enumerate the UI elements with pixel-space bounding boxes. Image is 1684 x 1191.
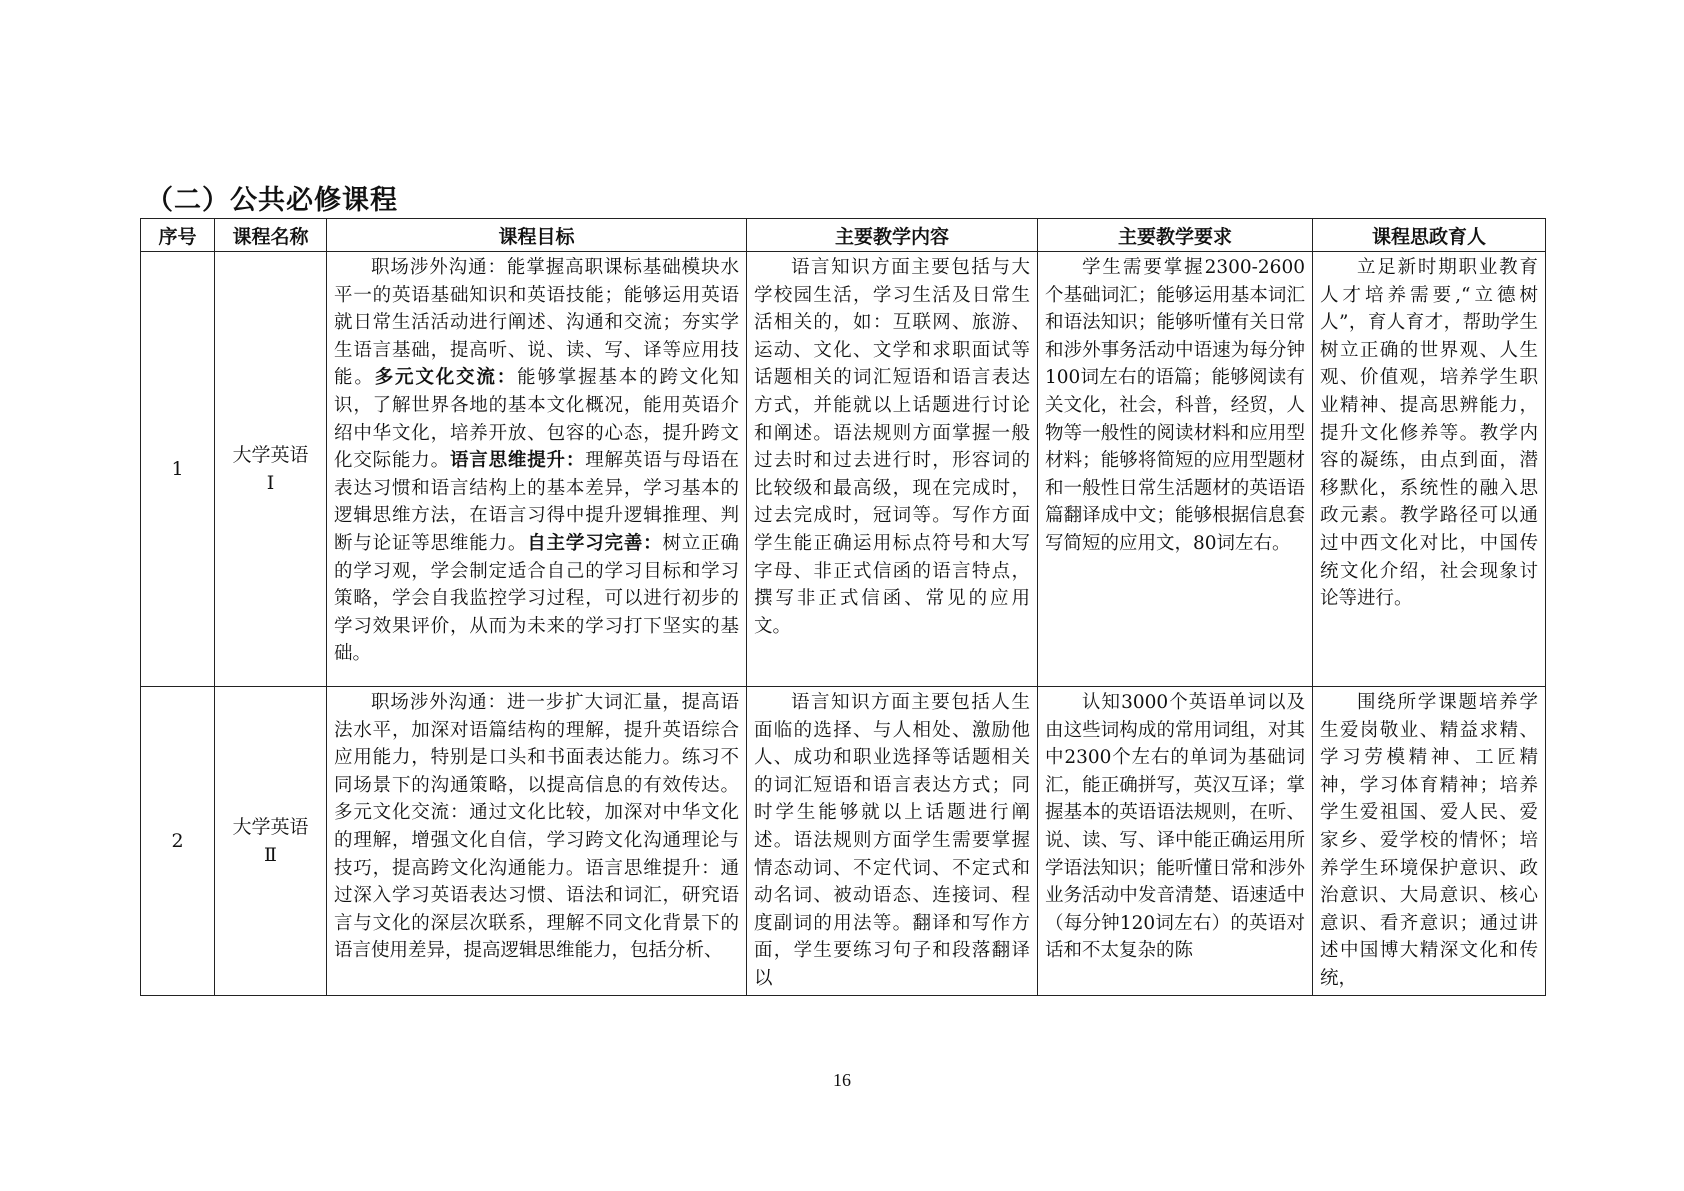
row-index: 1 bbox=[141, 252, 215, 687]
ideology-cell: 立足新时期职业教育人才培养需要,“立德树人”，育人育才，帮助学生树立正确的世界观… bbox=[1313, 252, 1546, 687]
objectives-cell: 职场涉外沟通：能掌握高职课标基础模块水平一的英语基础知识和英语技能；能够运用英语… bbox=[327, 252, 747, 687]
objectives-keyword-3: 语言思维提升： bbox=[450, 450, 585, 471]
ideology-text: 立足新时期职业教育人才培养需要,“立德树人”，育人育才，帮助学生树立正确的世界观… bbox=[1320, 254, 1538, 613]
course-name: 大学英语 bbox=[215, 441, 326, 469]
header-ideology: 课程思政育人 bbox=[1313, 219, 1546, 252]
table-row: 1 大学英语 Ⅰ 职场涉外沟通：能掌握高职课标基础模块水平一的英语基础知识和英语… bbox=[141, 252, 1546, 687]
content-text: 语言知识方面主要包括人生面临的选择、与人相处、激励他人、成功和职业选择等话题相关… bbox=[754, 689, 1030, 993]
table-header-row: 序号 课程名称 课程目标 主要教学内容 主要教学要求 课程思政育人 bbox=[141, 219, 1546, 252]
objectives-keyword-4: 自主学习完善： bbox=[527, 533, 662, 554]
content-cell: 语言知识方面主要包括人生面临的选择、与人相处、激励他人、成功和职业选择等话题相关… bbox=[747, 687, 1038, 996]
requirements-text: 学生需要掌握2300-2600个基础词汇；能够运用基本词汇和语法知识；能够听懂有… bbox=[1045, 254, 1305, 558]
header-objectives: 课程目标 bbox=[327, 219, 747, 252]
objectives-text: 职场涉外沟通：能掌握高职课标基础模块水平一的英语基础知识和英语技能；能够运用英语… bbox=[334, 254, 739, 668]
content-cell: 语言知识方面主要包括与大学校园生活，学习生活及日常生活相关的，如：互联网、旅游、… bbox=[747, 252, 1038, 687]
course-name-cell: 大学英语 Ⅰ bbox=[215, 252, 327, 687]
course-level: Ⅰ bbox=[215, 469, 326, 497]
course-level: Ⅱ bbox=[215, 841, 326, 869]
table-row: 2 大学英语 Ⅱ 职场涉外沟通：进一步扩大词汇量，提高语法水平，加深对语篇结构的… bbox=[141, 687, 1546, 996]
section-title: （二）公共必修课程 bbox=[146, 178, 398, 217]
requirements-cell: 认知3000个英语单词以及由这些词构成的常用词组，对其中2300个左右的单词为基… bbox=[1038, 687, 1313, 996]
objectives-cell: 职场涉外沟通：进一步扩大词汇量，提高语法水平，加深对语篇结构的理解，提升英语综合… bbox=[327, 687, 747, 996]
course-name: 大学英语 bbox=[215, 813, 326, 841]
header-content: 主要教学内容 bbox=[747, 219, 1038, 252]
objectives-text: 职场涉外沟通：进一步扩大词汇量，提高语法水平，加深对语篇结构的理解，提升英语综合… bbox=[334, 689, 739, 965]
header-course-name: 课程名称 bbox=[215, 219, 327, 252]
requirements-text: 认知3000个英语单词以及由这些词构成的常用词组，对其中2300个左右的单词为基… bbox=[1045, 689, 1305, 965]
row-index: 2 bbox=[141, 687, 215, 996]
content-text: 语言知识方面主要包括与大学校园生活，学习生活及日常生活相关的，如：互联网、旅游、… bbox=[754, 254, 1030, 640]
objectives-keyword-2: 多元文化交流： bbox=[375, 367, 517, 388]
requirements-cell: 学生需要掌握2300-2600个基础词汇；能够运用基本词汇和语法知识；能够听懂有… bbox=[1038, 252, 1313, 687]
ideology-text: 围绕所学课题培养学生爱岗敬业、精益求精、学习劳模精神、工匠精神，学习体育精神；培… bbox=[1320, 689, 1538, 993]
course-table: 序号 课程名称 课程目标 主要教学内容 主要教学要求 课程思政育人 1 大学英语… bbox=[140, 218, 1546, 996]
header-requirements: 主要教学要求 bbox=[1038, 219, 1313, 252]
header-index: 序号 bbox=[141, 219, 215, 252]
page-number: 16 bbox=[0, 1070, 1684, 1091]
course-name-cell: 大学英语 Ⅱ bbox=[215, 687, 327, 996]
ideology-cell: 围绕所学课题培养学生爱岗敬业、精益求精、学习劳模精神、工匠精神，学习体育精神；培… bbox=[1313, 687, 1546, 996]
